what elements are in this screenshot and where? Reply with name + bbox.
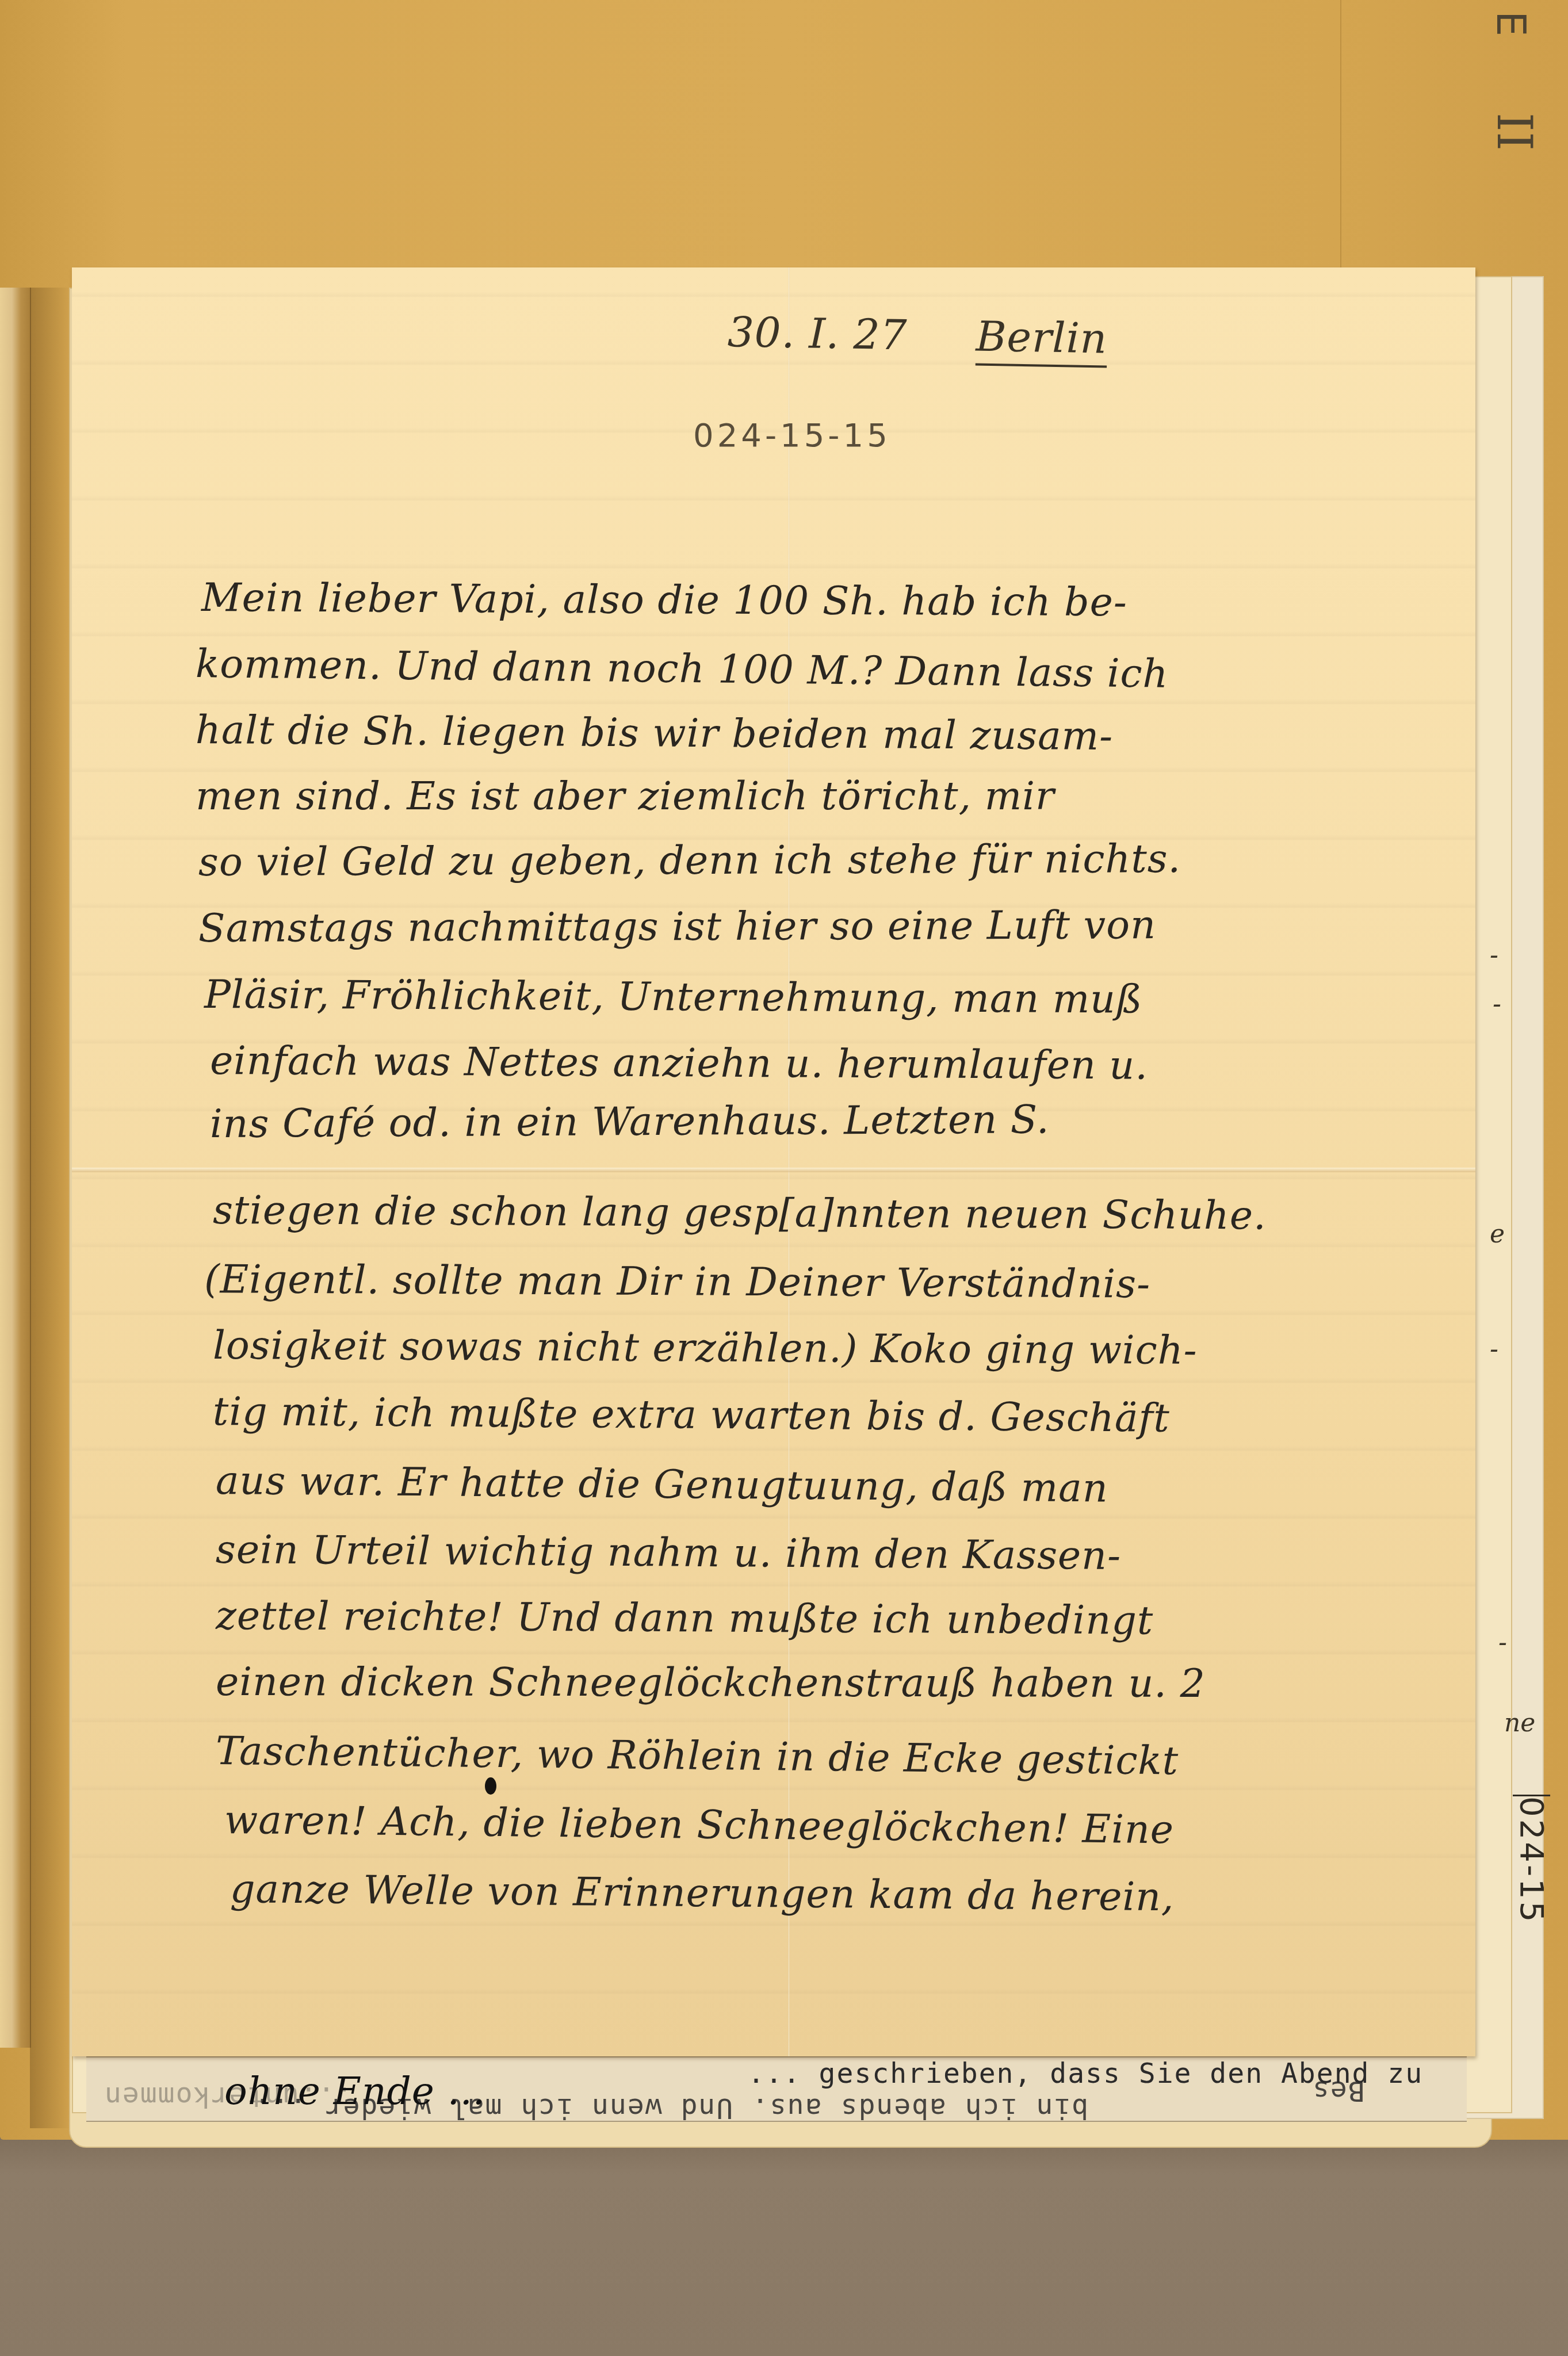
- letter-line-16: zettel reichte! Und dann mußte ich unbed…: [216, 1593, 1154, 1644]
- folder-archive-tab: 024-15: [1513, 1795, 1550, 1924]
- letter-line-14: aus war. Er hatte die Genugtuung, daß ma…: [216, 1458, 1108, 1512]
- letter-line-1: Mein lieber Vapi, also die 100 Sh. hab i…: [201, 575, 1127, 625]
- margin-mark: -: [1498, 1628, 1507, 1657]
- margin-mark: -: [1490, 940, 1498, 970]
- letter-line-12: losigkeit sowas nicht erzählen.) Koko gi…: [213, 1323, 1198, 1374]
- letter-line-8: einfach was Nettes anziehn u. herumlaufe…: [210, 1038, 1148, 1089]
- letter-date: 30. I. 27: [727, 308, 908, 359]
- ink-bleed-through: [72, 267, 1475, 2056]
- letter-line-6: Samstags nachmittags ist hier so eine Lu…: [198, 902, 1156, 951]
- letter-line-7: Pläsir, Fröhlichkeit, Unternehmung, man …: [204, 972, 1143, 1023]
- margin-mark: e: [1490, 1219, 1505, 1249]
- folder-label-roman-numeral: II: [1486, 113, 1543, 151]
- table-surface: [0, 2128, 1568, 2356]
- left-stack-shadow: [30, 288, 70, 2128]
- letter-sheet: 30. I. 27 Berlin 024-15-15 Mein lieber V…: [72, 267, 1475, 2056]
- margin-mark: -: [1490, 1334, 1498, 1364]
- typed-fragment-right: Bes: [1311, 2075, 1365, 2107]
- letter-line-20: ganze Welle von Erinnerungen kam da here…: [230, 1867, 1175, 1920]
- vertical-fold: [788, 267, 790, 2056]
- letter-line-11: (Eigentl. sollte man Dir in Deiner Verst…: [204, 1257, 1150, 1307]
- letter-line-10: stiegen die schon lang gesp[a]nnten neue…: [213, 1188, 1267, 1239]
- letter-line-17: einen dicken Schneeglöckchenstrauß haben…: [216, 1659, 1206, 1707]
- letter-line-15: sein Urteil wichtig nahm u. ihm den Kass…: [216, 1527, 1122, 1579]
- handwritten-fragment: ohne Ende ...: [224, 2069, 485, 2113]
- letter-line-19: waren! Ach, die lieben Schneeglöckchen! …: [224, 1797, 1175, 1853]
- folder-label-top-glyph: E: [1487, 11, 1535, 36]
- letter-line-4: men sind. Es ist aber ziemlich töricht, …: [196, 774, 1054, 819]
- left-paper-stack: [0, 288, 31, 2048]
- letter-line-2: kommen. Und dann noch 100 M.? Dann lass …: [196, 641, 1169, 697]
- ink-blot: [485, 1777, 496, 1795]
- letter-city: Berlin: [976, 312, 1108, 363]
- letter-line-5: so viel Geld zu geben, denn ich stehe fü…: [198, 836, 1181, 885]
- margin-mark: -: [1493, 989, 1501, 1019]
- letter-line-9: ins Café od. in ein Warenhaus. Letzten S…: [210, 1097, 1050, 1147]
- letter-line-3: halt die Sh. liegen bis wir beiden mal z…: [196, 707, 1114, 759]
- archive-number: 024-15-15: [693, 417, 891, 454]
- letter-dateline: 30. I. 27 Berlin: [727, 308, 1107, 363]
- margin-mark: ne: [1504, 1708, 1535, 1738]
- letter-line-18: Taschentücher, wo Röhlein in die Ecke ge…: [216, 1728, 1179, 1784]
- underlying-typed-sheet: ... geschrieben, dass Sie den Abend zu .…: [86, 2056, 1467, 2122]
- letter-line-13: tig mit, ich mußte extra warten bis d. G…: [213, 1389, 1170, 1441]
- horizontal-fold: [72, 1168, 1475, 1172]
- folder-crease: [1340, 0, 1341, 270]
